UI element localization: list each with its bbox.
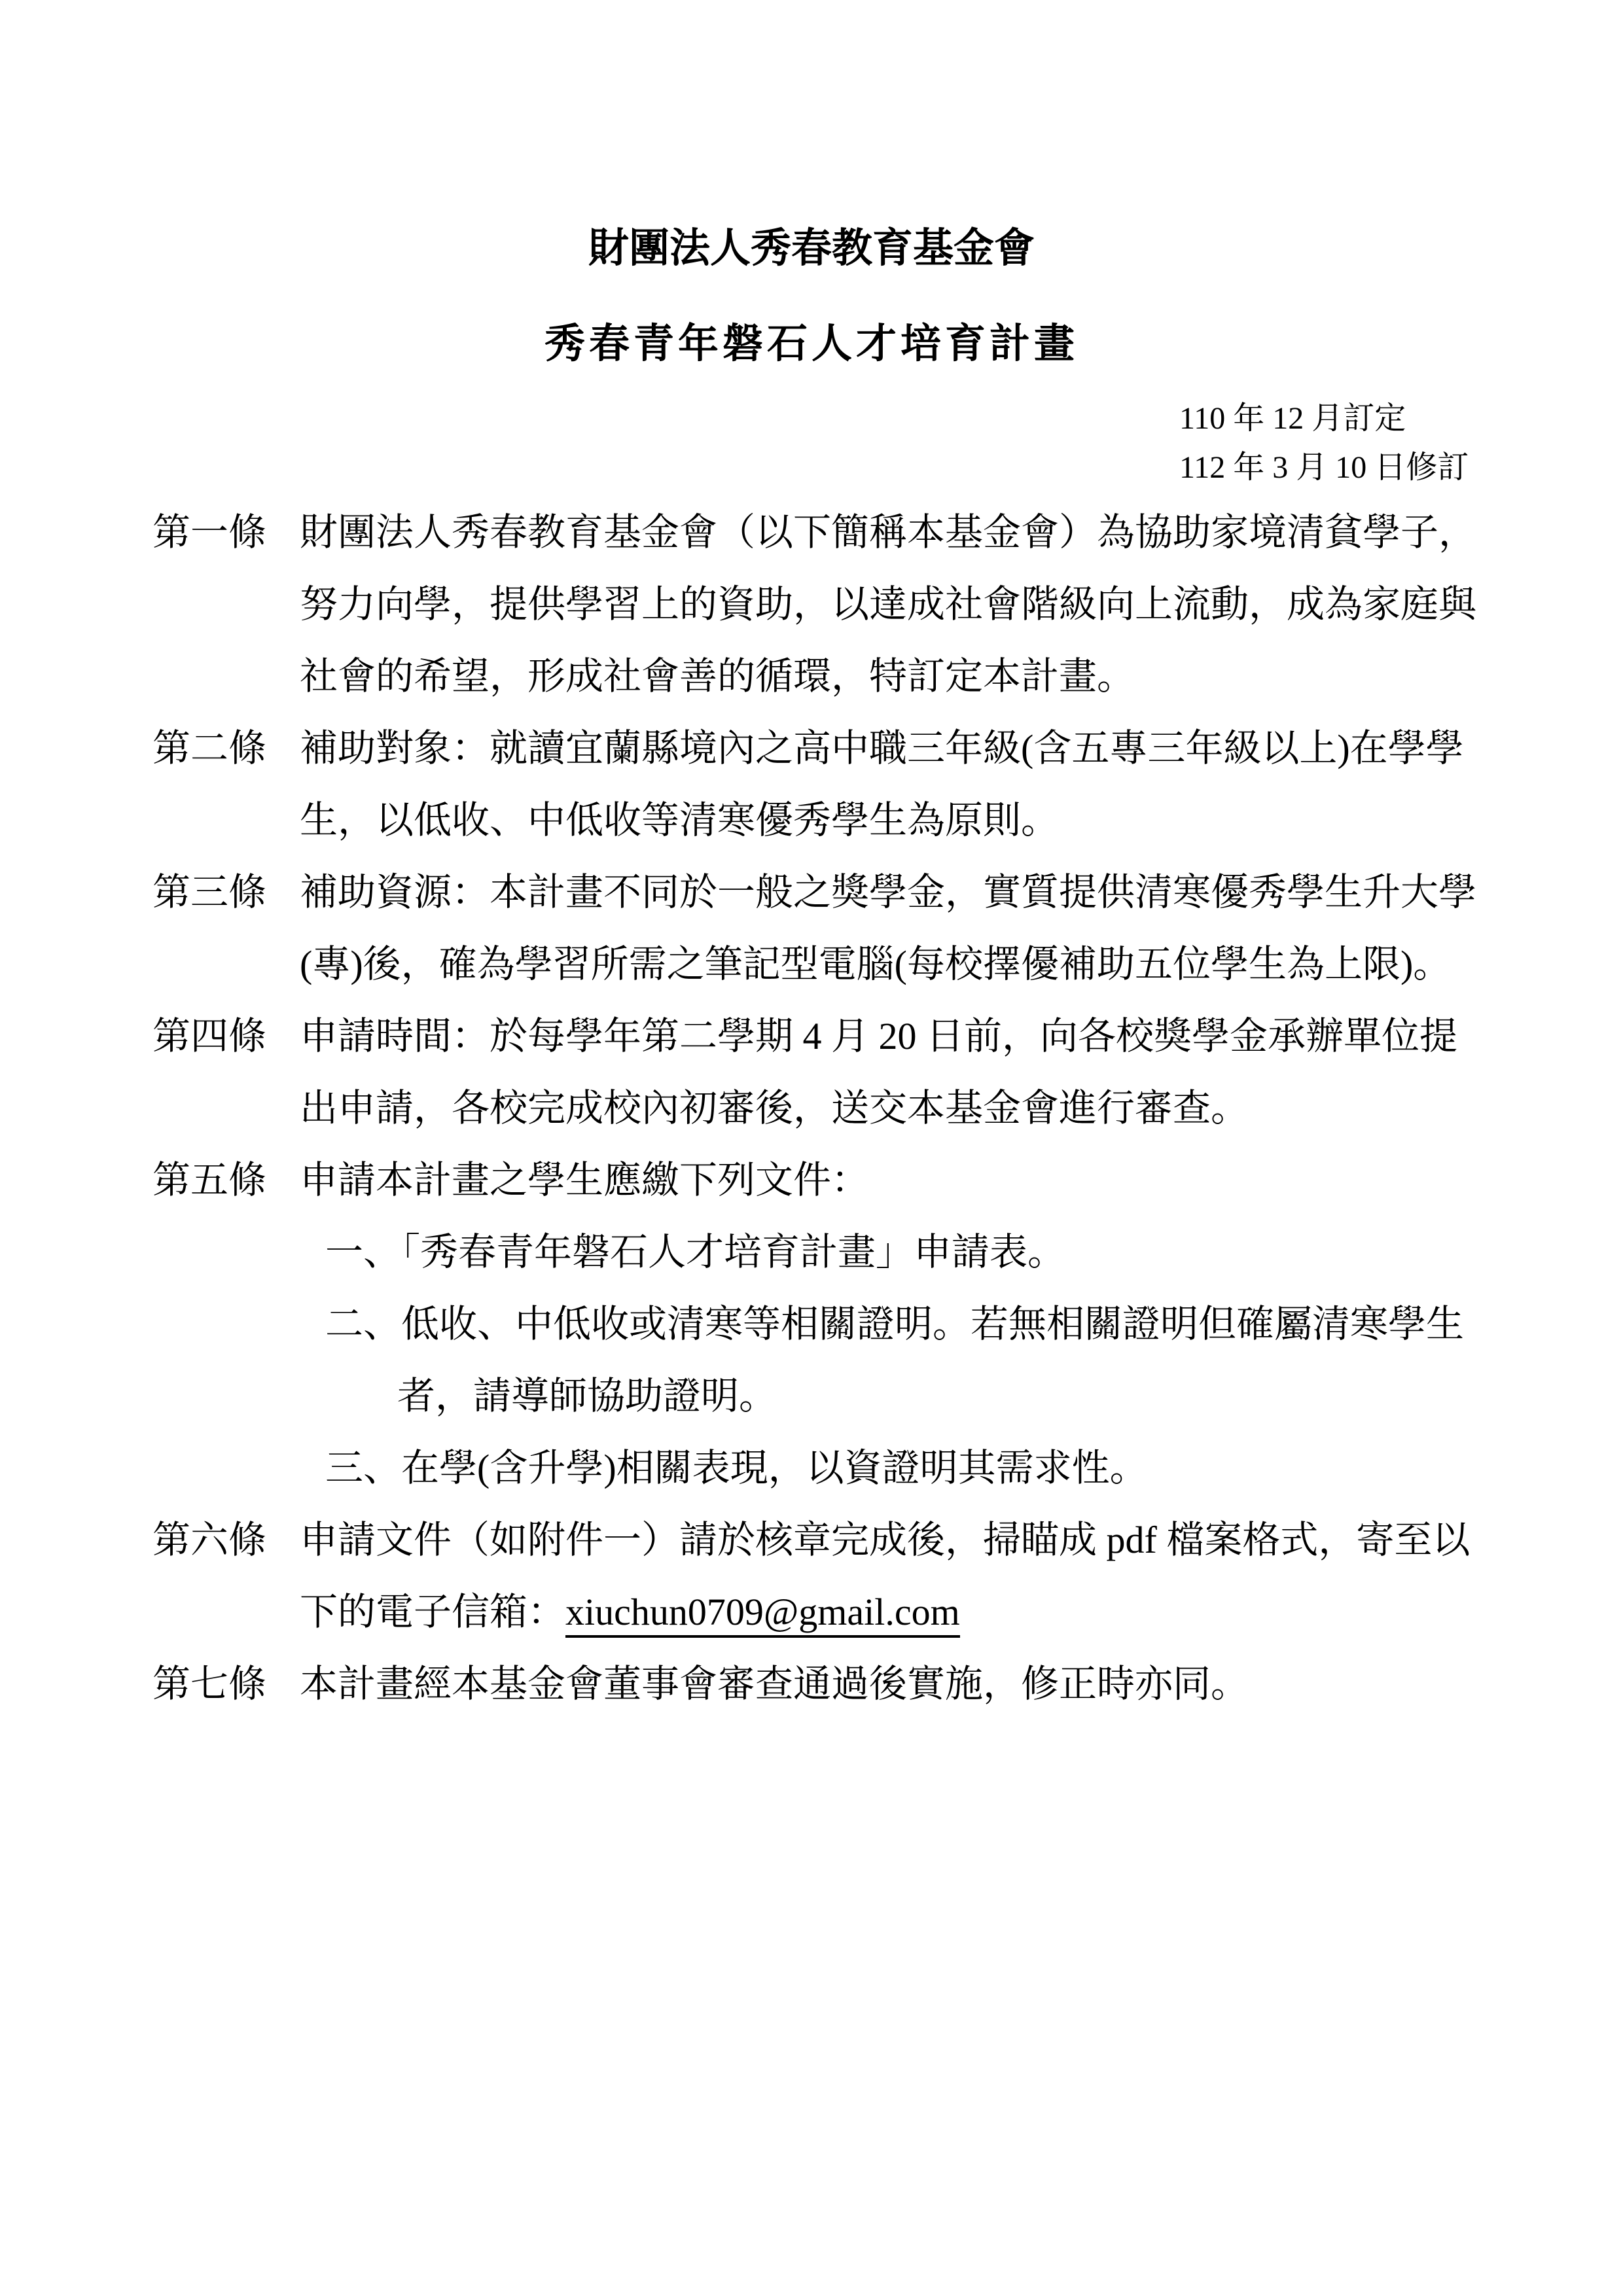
article-label: 第六條 (152, 1518, 266, 1563)
list-marker: 三、 (325, 1447, 401, 1489)
article-label: 第四條 (152, 1014, 266, 1059)
article-line: 生，以低收、中低收等清寒優秀學生為原則。 (300, 798, 1059, 843)
revision-line: 112 年 3 月 10 日修訂 (1179, 448, 1469, 487)
article-line: 本計畫經本基金會董事會審查通過後實施，修正時亦同。 (300, 1662, 1249, 1706)
article-label: 第二條 (152, 726, 266, 771)
revision-line: 110 年 12 月訂定 (1179, 399, 1406, 438)
article-line: 申請時間：於每學年第二學期 4 月 20 日前，向各校獎學金承辦單位提 (300, 1014, 1457, 1059)
article-label: 第七條 (152, 1662, 266, 1706)
document-subtitle: 秀春青年磐石人才培育計畫 (0, 319, 1623, 369)
document-page: 財團法人秀春教育基金會 秀春青年磐石人才培育計畫 110 年 12 月訂定 11… (0, 0, 1623, 2296)
email-link[interactable]: xiuchun0709@gmail.com (565, 1591, 960, 1638)
article-line: 社會的希望，形成社會善的循環，特訂定本計畫。 (300, 654, 1135, 699)
list-item-text: 低收、中低收或清寒等相關證明。若無相關證明但確屬清寒學生 (401, 1303, 1464, 1345)
article-line: 補助資源：本計畫不同於一般之獎學金，實質提供清寒優秀學生升大學 (300, 870, 1476, 915)
document-title: 財團法人秀春教育基金會 (0, 224, 1623, 274)
article-line: (專)後，確為學習所需之筆記型電腦(每校擇優補助五位學生為上限)。 (300, 942, 1451, 987)
article-line: 出申請，各校完成校內初審後，送交本基金會進行審查。 (300, 1086, 1249, 1131)
article-line: 申請文件（如附件一）請於核章完成後，掃瞄成 pdf 檔案格式，寄至以 (300, 1518, 1470, 1563)
list-item-text: 在學(含升學)相關表現，以資證明其需求性。 (401, 1447, 1148, 1489)
article-label: 第五條 (152, 1158, 266, 1203)
article-line: 申請本計畫之學生應繳下列文件： (300, 1158, 869, 1203)
article-line-text: 下的電子信箱： (300, 1591, 565, 1633)
list-marker: 二、 (325, 1303, 401, 1345)
article-line: 下的電子信箱：xiuchun0709@gmail.com (300, 1590, 960, 1634)
article-line: 努力向學，提供學習上的資助，以達成社會階級向上流動，成為家庭與 (300, 582, 1476, 627)
article-line: 補助對象：就讀宜蘭縣境內之高中職三年級(含五專三年級以上)在學學 (300, 726, 1464, 771)
list-item-line: 二、低收、中低收或清寒等相關證明。若無相關證明但確屬清寒學生 (325, 1302, 1464, 1347)
article-label: 第一條 (152, 510, 266, 555)
list-item-text: 「秀春青年磐石人才培育計畫」申請表。 (401, 1231, 1065, 1273)
list-item-line: 者，請導師協助證明。 (397, 1374, 777, 1419)
list-marker: 一、 (325, 1231, 401, 1273)
article-label: 第三條 (152, 870, 266, 915)
list-item-line: 三、在學(含升學)相關表現，以資證明其需求性。 (325, 1446, 1148, 1491)
article-line: 財團法人秀春教育基金會（以下簡稱本基金會）為協助家境清貧學子， (300, 510, 1476, 555)
list-item-line: 一、「秀春青年磐石人才培育計畫」申請表。 (325, 1230, 1065, 1275)
